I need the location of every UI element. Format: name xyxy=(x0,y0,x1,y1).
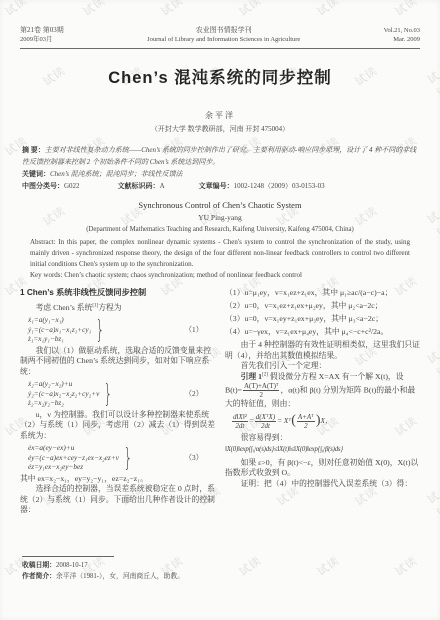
author-name: 余平洋 xyxy=(0,110,440,121)
equation-2-lines: ẋ₂=a(y₂−x₂)+u ẏ₂=(c−a)x₂−x₂z₂+cy₂+v ż₂=x… xyxy=(28,379,99,408)
eq3-line1: ėx=a(ey−ex)+u xyxy=(28,443,119,453)
frac1-num: d‖X‖² xyxy=(232,413,248,422)
english-affiliation: (Department of Mathematics Teaching and … xyxy=(30,224,410,235)
issue-volume-cn: 第21卷 第03期 xyxy=(20,26,64,35)
frac-3: A+Aᵀ2 xyxy=(297,413,315,430)
equation-brace: } xyxy=(104,389,113,399)
eq1-line3: ż₁=x₁y₁−bz₁ xyxy=(28,334,91,344)
eq3-line3: ėz=y₁ex−x₂ey−bez xyxy=(28,462,119,472)
paragraph-drive-system: 我们以（1）做驱动系统，选取合适的反馈变量来控制两不同初值的 Chen’s 系统… xyxy=(20,346,215,378)
paragraph-error-vars: 其中 ex=x₂−x₁，ey=y₂−y₁，ez=z₂−z₁。 xyxy=(20,474,215,485)
controller-3: （3）u=0，v=x₁ey+z₁ex+μ₃ey，其中 μ₃<a−2c； xyxy=(225,314,420,325)
clc-value: G022 xyxy=(64,182,80,190)
lemma-text: 假设微分方程 X=AX 有一个解 X(t)，设 xyxy=(268,372,404,381)
bio-label: 作者简介： xyxy=(22,573,56,580)
abstract-cn: 摘 要：主要对非线性复杂动力系统——Chen’s 系统的同步控制作出了研究。主要… xyxy=(22,144,420,168)
vol-info-en: Vol.21, No.03 Mar. 2009 xyxy=(384,26,420,44)
doc-code-label: 文献标识码： xyxy=(118,182,160,190)
journal-header: 第21卷 第03期 2009年03月 农业图书情报学刊 Journal of L… xyxy=(20,26,420,49)
english-block: Synchronous Control of Chen’s Chaotic Sy… xyxy=(30,200,410,281)
received-label: 收稿日期： xyxy=(22,562,56,569)
equation-1: ẋ₁=a(y₁−x₁) ẏ₁=(c−a)x₁−x₁z₁+cy₁ ż₁=x₁y₁−… xyxy=(28,315,215,344)
frac-2: d(XᵀX)2dt xyxy=(255,413,276,430)
equation-3: ėx=a(ey−ex)+u ėy=(c−a)ex+cey−z₁ex−x₂ez+v… xyxy=(28,443,215,472)
paragraph-theorem-intro: 首先我们引入一个定理： xyxy=(225,361,420,372)
eq2-line1: ẋ₂=a(y₂−x₂)+u xyxy=(28,379,99,389)
footnote-divider xyxy=(22,556,114,557)
p1-pre: 考虑 Chen’s 系统 xyxy=(36,303,93,312)
eq3-line2: ėy=(c−a)ex+cey−z₁ex−x₂ez+v xyxy=(28,453,119,463)
received-value: 2008-10-17 xyxy=(56,562,88,569)
equation-1-lines: ẋ₁=a(y₁−x₁) ẏ₁=(c−a)x₁−x₁z₁+cy₁ ż₁=x₁y₁−… xyxy=(28,315,91,344)
lemma-fraction-line: B(t)=A(T)+A(T)ᵀ2，α(t)和 β(t) 分别为矩阵 B(t)的最… xyxy=(225,382,420,410)
equation-brace: } xyxy=(124,453,133,463)
equation-inequality: ‖X(0)‖exp{∫₀ᵗα(s)ds}≤‖X(t)‖≤‖X(0)‖exp{∫₀… xyxy=(225,445,420,456)
abstract-block-cn: 摘 要：主要对非线性复杂动力系统——Chen’s 系统的同步控制作出了研究。主要… xyxy=(22,144,420,192)
english-abstract: Abstract: In this paper, the complex non… xyxy=(30,237,410,270)
equation-derivative: d‖X‖²2dt = d(XᵀX)2dt = Xᵀ ( A+Aᵀ2 ) X， xyxy=(231,413,420,430)
controller-2: （2）u=0，v=x₁ez+z₁ex+μ₂ey，其中 μ₂<a−2c； xyxy=(225,301,420,312)
equation-2: ẋ₂=a(y₂−x₂)+u ẏ₂=(c−a)x₂−x₂z₂+cy₂+v ż₂=x… xyxy=(28,379,215,408)
abstract-text: 主要对非线性复杂动力系统——Chen’s 系统的同步控制作出了研究。主要利用驱动… xyxy=(22,146,416,166)
p1-post: 方程为 xyxy=(98,303,121,312)
lemma-frac-pre: B(t)= xyxy=(225,385,242,394)
received-date-line: 收稿日期：2008-10-17 xyxy=(22,560,292,571)
clc-label: 中图分类号： xyxy=(22,182,64,190)
paragraph-proof-start: 证明：把（4）中的控制器代入误差系统（3）得： xyxy=(225,479,420,490)
keywords-text: Chen’s 混沌系统；混沌同步；非线性反馈法 xyxy=(50,170,183,178)
controller-4: （4）u=−γex，v=z₁ex+μ₄ey，其中 μ₄<−c+c²/2a。 xyxy=(225,327,420,338)
eq2-line3: ż₂=x₂y₂−bz₂ xyxy=(28,398,99,408)
eq2-line2: ẏ₂=(c−a)x₂−x₂z₂+cy₂+v xyxy=(28,389,99,399)
paragraph-proof-note: 由于 4 种控制器的有效性证明相类似，这里我们只证明（4），并给出其数值模拟结果… xyxy=(225,340,420,361)
article-id-group: 文章编号：1002-1248（2009）03-0153-03 xyxy=(199,180,325,192)
frac3-den: 2 xyxy=(297,422,315,430)
issue-date-cn: 2009年03月 xyxy=(20,35,64,44)
journal-name: 农业图书情报学刊 Journal of Library and Informat… xyxy=(147,26,300,44)
doc-code-group: 文献标识码：A xyxy=(118,180,165,192)
lemma-frac-num: A(T)+A(T)ᵀ xyxy=(243,382,279,391)
eq1-line1: ẋ₁=a(y₁−x₁) xyxy=(28,315,91,325)
author-bio-line: 作者简介：余平洋（1981-），女，河南商丘人，助教。 xyxy=(22,571,292,582)
abstract-label: 摘 要： xyxy=(22,146,45,154)
lemma-fraction: A(T)+A(T)ᵀ2 xyxy=(243,382,279,399)
right-column: （1）u=μ₁ey，v=x₁ez+z₁ex，其中 μ₁≥ac/(a−c)−a； … xyxy=(225,288,420,556)
doc-code-value: A xyxy=(160,182,165,190)
keywords-label: 关键词： xyxy=(22,170,50,178)
frac3-num: A+Aᵀ xyxy=(297,413,315,422)
paper-title: Chen’s 混沌系统的同步控制 xyxy=(0,64,440,88)
equation-2-number: （2） xyxy=(185,389,203,399)
section-heading: 1 Chen’s 系统非线性反馈同步控制 xyxy=(20,288,215,299)
journal-name-cn: 农业图书情报学刊 xyxy=(147,26,300,35)
lemma-label: 引理 1 xyxy=(241,372,262,381)
eq4-equals-2: = Xᵀ xyxy=(277,416,291,427)
article-id-label: 文章编号： xyxy=(199,182,234,190)
left-column: 1 Chen’s 系统非线性反馈同步控制 考虑 Chen’s 系统[1]方程为 … xyxy=(20,288,215,556)
vol-no-en: Vol.21, No.03 xyxy=(384,26,420,35)
issue-info: 第21卷 第03期 2009年03月 xyxy=(20,26,64,44)
page-content: 第21卷 第03期 2009年03月 农业图书情报学刊 Journal of L… xyxy=(0,0,440,620)
controller-1: （1）u=μ₁ey，v=x₁ez+z₁ex，其中 μ₁≥ac/(a−c)−a； xyxy=(225,288,420,299)
eq4-equals-1: = xyxy=(249,416,254,427)
article-id-value: 1002-1248（2009）03-0153-03 xyxy=(234,182,325,190)
journal-name-en: Journal of Library and Information Scien… xyxy=(147,35,300,44)
footnote-block: 收稿日期：2008-10-17 作者简介：余平洋（1981-），女，河南商丘人，… xyxy=(22,556,292,582)
english-title: Synchronous Control of Chen’s Chaotic Sy… xyxy=(30,200,410,211)
equation-brace: } xyxy=(96,325,105,335)
frac-1: d‖X‖²2dt xyxy=(232,413,248,430)
paragraph-controllers: u，v 为控制器。我们可以设计多种控制器来使系统（2）与系统（1）同步，考虑用（… xyxy=(20,410,215,442)
equation-3-lines: ėx=a(ey−ex)+u ėy=(c−a)ex+cey−z₁ex−x₂ez+v… xyxy=(28,443,119,472)
scanned-paper-page: 试读试读试读试读试读试读试读试读试读试读试读试读试读试读试读试读试读试读试读试读… xyxy=(0,0,440,620)
paragraph-convergence: 如果 ε>0，有 β(t)<−ε，则对任意初始值 X(0)，X(t)以指数形式收… xyxy=(225,458,420,479)
author-affiliation: （开封大学 数学教研部，河南 开封 475004） xyxy=(0,124,440,134)
equation-1-number: （1） xyxy=(185,325,203,335)
issue-date-en: Mar. 2009 xyxy=(384,35,420,44)
paragraph-controller-choice: 选择合适的控制器，当误差系统被稳定在 0 点时，系统（2）与系统（1）同步。下面… xyxy=(20,484,215,516)
eq1-line2: ẏ₁=(c−a)x₁−x₁z₁+cy₁ xyxy=(28,325,91,335)
eq4-post: X， xyxy=(321,416,333,427)
frac2-den: 2dt xyxy=(255,422,276,430)
keywords-cn: 关键词：Chen’s 混沌系统；混沌同步；非线性反馈法 xyxy=(22,168,420,180)
lemma-paragraph: 引理 1[2] 假设微分方程 X=AX 有一个解 X(t)，设 xyxy=(225,372,420,383)
frac1-den: 2dt xyxy=(232,422,248,430)
english-author: YU Ping-yang xyxy=(30,212,410,223)
classification-line: 中图分类号：G022 文献标识码：A 文章编号：1002-1248（2009）0… xyxy=(22,180,420,192)
clc-group: 中图分类号：G022 xyxy=(22,180,80,192)
lemma-frac-den: 2 xyxy=(243,391,279,399)
equation-3-number: （3） xyxy=(185,453,203,463)
english-keywords: Key words: Chen’s chaotic system; chaos … xyxy=(30,270,410,281)
paragraph-easily-get: 很容易得到： xyxy=(225,433,420,444)
bio-value: 余平洋（1981-），女，河南商丘人，助教。 xyxy=(56,573,184,580)
paragraph-intro: 考虑 Chen’s 系统[1]方程为 xyxy=(20,303,215,314)
left-paren: ( xyxy=(291,414,296,428)
frac2-num: d(XᵀX) xyxy=(255,413,276,422)
body-columns: 1 Chen’s 系统非线性反馈同步控制 考虑 Chen’s 系统[1]方程为 … xyxy=(20,288,420,556)
